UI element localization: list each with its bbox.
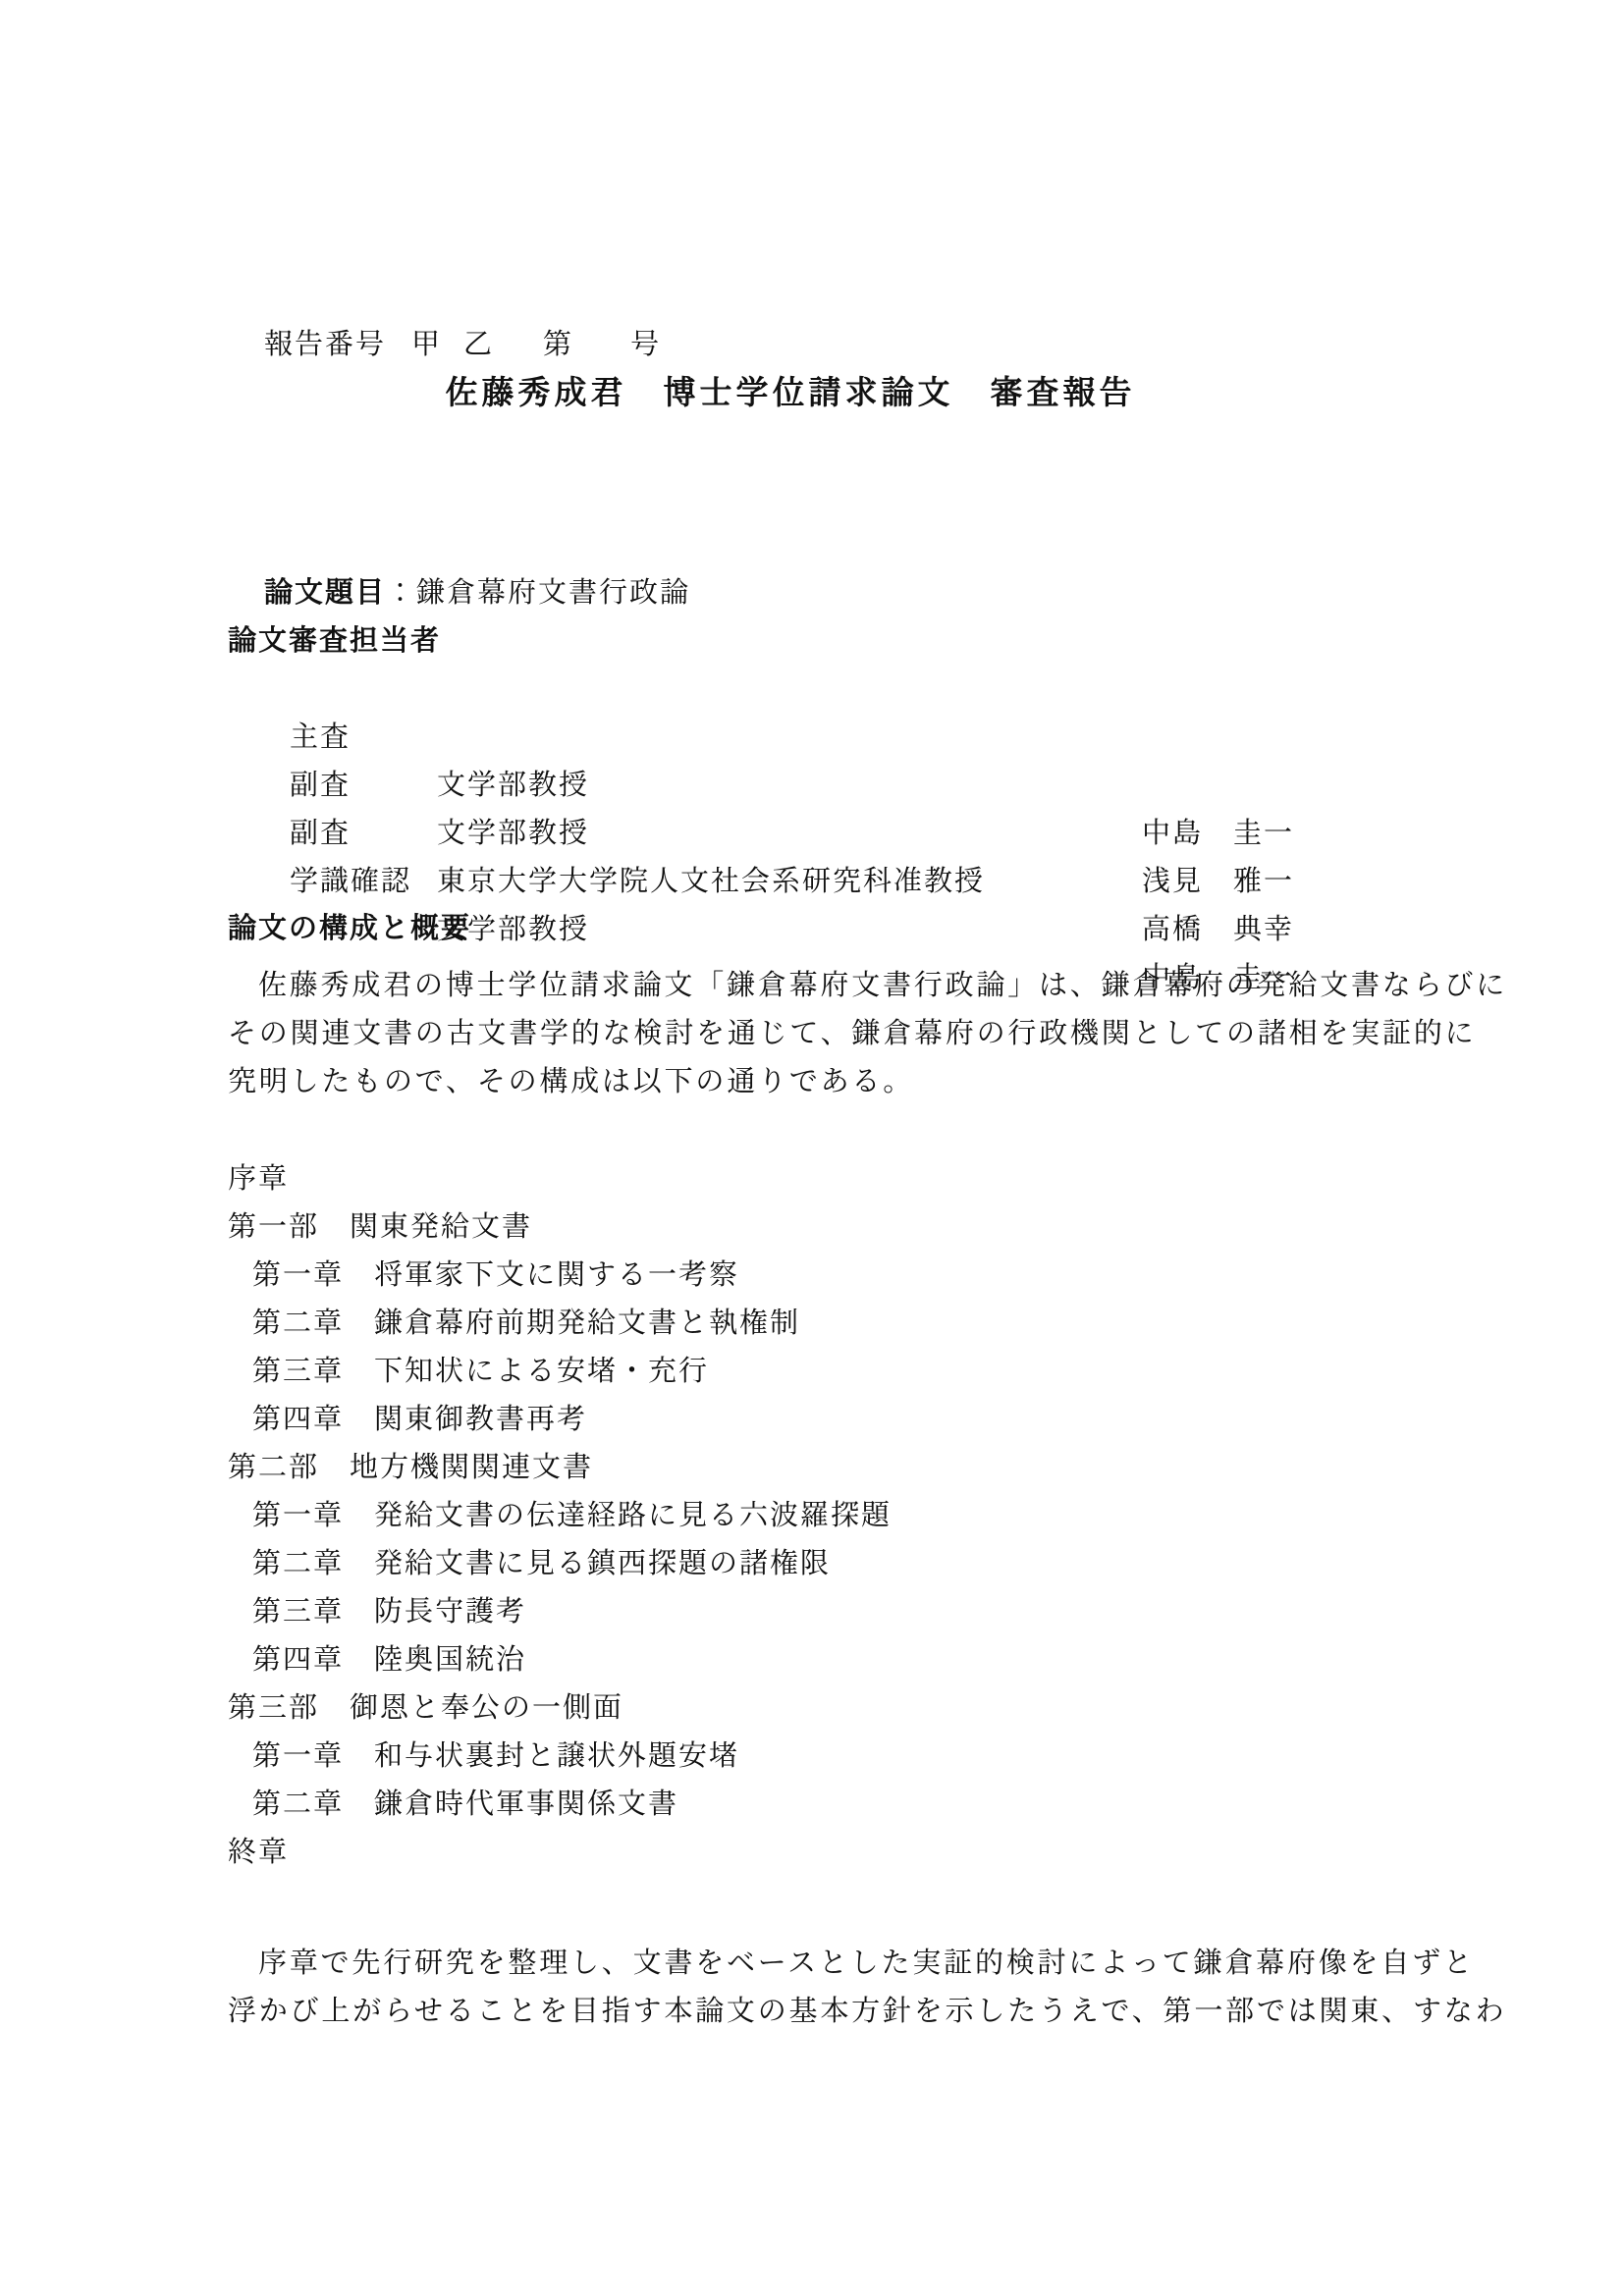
toc-item: 第二章 鎌倉時代軍事関係文書 bbox=[228, 1781, 892, 1829]
toc-item: 第二章 発給文書に見る鎮西探題の諸権限 bbox=[228, 1540, 892, 1588]
examiner-name: 高橋 典幸 bbox=[1142, 906, 1294, 954]
report-number-prefix: 第 bbox=[543, 321, 573, 369]
overview-line: その関連文書の古文書学的な検討を通じて、鎌倉幕府の行政機関としての諸相を実証的に bbox=[228, 1010, 1524, 1058]
examiner-row: 主査 文学部教授 中島 圭一 bbox=[0, 666, 1624, 714]
overview-line: 佐藤秀成君の博士学位請求論文「鎌倉幕府文書行政論」は、鎌倉幕府の発給文書ならびに bbox=[228, 962, 1524, 1010]
overview-heading: 論文の構成と概要 bbox=[228, 905, 471, 953]
toc-item: 第一章 発給文書の伝達経路に見る六波羅探題 bbox=[228, 1492, 892, 1540]
toc-item: 第三章 下知状による安堵・充行 bbox=[228, 1348, 892, 1396]
examiner-role: 学識確認 bbox=[290, 858, 411, 906]
toc-item: 第三章 防長守護考 bbox=[228, 1588, 892, 1636]
table-of-contents: 序章 第一部 関東発給文書 第一章 将軍家下文に関する一考察 第二章 鎌倉幕府前… bbox=[228, 1155, 892, 1877]
toc-item: 第三部 御恩と奉公の一側面 bbox=[228, 1684, 892, 1733]
examiner-row: 副査 東京大学大学院人文社会系研究科准教授 高橋 典幸 bbox=[0, 762, 1624, 810]
toc-item: 第一章 和与状裏封と譲状外題安堵 bbox=[228, 1733, 892, 1781]
examiner-row: 副査 文学部教授 浅見 雅一 bbox=[0, 714, 1624, 762]
report-number-option-otsu: 乙 bbox=[463, 321, 494, 369]
examiners-heading: 論文審査担当者 bbox=[228, 617, 441, 666]
thesis-title-value: ：鎌倉幕府文書行政論 bbox=[386, 577, 690, 609]
report-number-line: 報告番号甲乙第号 bbox=[228, 273, 661, 321]
review-report-page: 報告番号甲乙第号 佐藤秀成君 博士学位請求論文 審査報告 論文題目：鎌倉幕府文書… bbox=[0, 0, 1624, 2296]
toc-item: 第四章 陸奥国統治 bbox=[228, 1636, 892, 1684]
examiner-affiliation: 東京大学大学院人文社会系研究科准教授 bbox=[437, 858, 985, 906]
thesis-title-line: 論文題目：鎌倉幕府文書行政論 bbox=[228, 521, 690, 569]
overview-line: 究明したもので、その構成は以下の通りである。 bbox=[228, 1058, 1524, 1106]
toc-item: 第一章 将軍家下文に関する一考察 bbox=[228, 1252, 892, 1300]
examiners-list: 主査 文学部教授 中島 圭一 副査 文学部教授 浅見 雅一 副査 東京大学大学院… bbox=[0, 666, 1624, 858]
toc-item: 第二章 鎌倉幕府前期発給文書と執権制 bbox=[228, 1300, 892, 1348]
toc-item: 第一部 関東発給文書 bbox=[228, 1203, 892, 1252]
thesis-title-label: 論文題目 bbox=[264, 577, 386, 609]
examiner-name: 浅見 雅一 bbox=[1142, 858, 1294, 906]
toc-item: 第四章 関東御教書再考 bbox=[228, 1396, 892, 1444]
closing-line: 浮かび上がらせることを目指す本論文の基本方針を示したうえで、第一部では関東、すな… bbox=[228, 1988, 1524, 2036]
report-number-label: 報告番号 bbox=[264, 321, 386, 369]
page-title: 佐藤秀成君 博士学位請求論文 審査報告 bbox=[0, 368, 1581, 416]
toc-item: 第二部 地方機関関連文書 bbox=[228, 1444, 892, 1492]
examiner-row: 学識確認 文学部教授 中島 圭一 bbox=[0, 810, 1624, 858]
report-number-option-kou: 甲 bbox=[411, 321, 442, 369]
toc-item: 序章 bbox=[228, 1155, 892, 1203]
overview-paragraph: 佐藤秀成君の博士学位請求論文「鎌倉幕府文書行政論」は、鎌倉幕府の発給文書ならびに… bbox=[228, 962, 1524, 1106]
closing-paragraph: 序章で先行研究を整理し、文書をベースとした実証的検討によって鎌倉幕府像を自ずと … bbox=[228, 1940, 1524, 2036]
closing-line: 序章で先行研究を整理し、文書をベースとした実証的検討によって鎌倉幕府像を自ずと bbox=[228, 1940, 1524, 1988]
toc-item: 終章 bbox=[228, 1829, 892, 1877]
report-number-suffix: 号 bbox=[630, 321, 661, 369]
